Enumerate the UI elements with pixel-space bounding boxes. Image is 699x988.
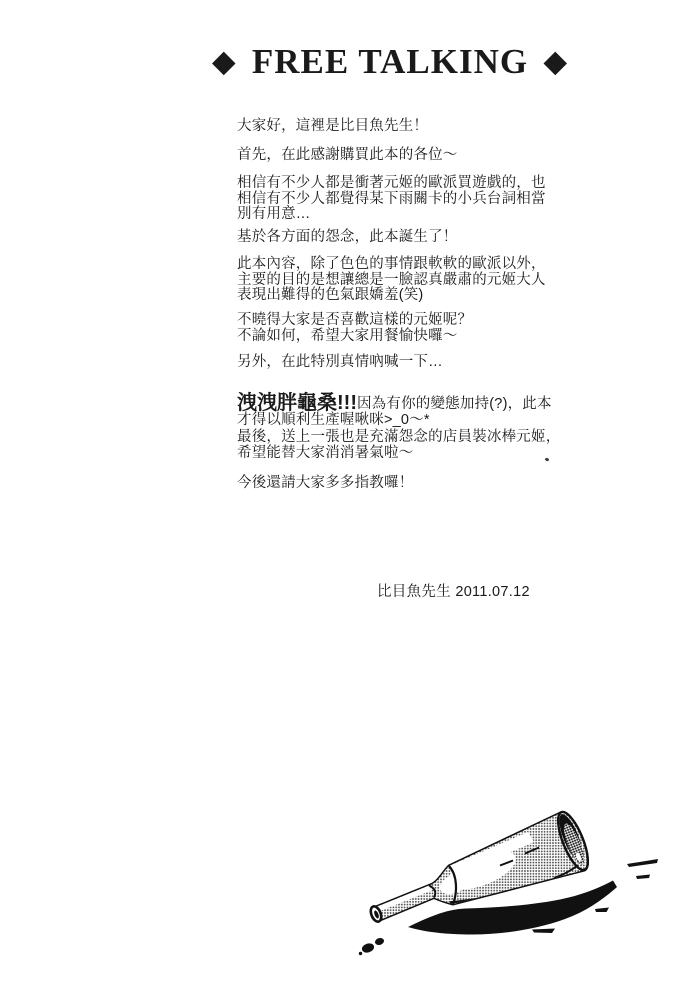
paragraph-bonus-art: 最後，送上一張也是充滿怨念的店員裝冰棒元姬， 希望能替大家消消暑氣啦～ [237, 430, 572, 461]
paragraph-hope-enjoy: 不曉得大家是否喜歡這樣的元姬呢？ 不論如何，希望大家用餐愉快囉～ [237, 313, 572, 344]
page-title: ◆ FREE TALKING ◆ [180, 42, 600, 82]
paragraph-game-talk: 相信有不少人都是衝著元姬的歐派買遊戲的，也 相信有不少人都覺得某下雨關卡的小兵台… [237, 176, 572, 223]
spill-droplets [359, 937, 385, 955]
paragraph-book-content: 此本內容，除了色色的事情跟軟軟的歐派以外， 主要的目的是想讓總是一臉認真嚴肅的元… [237, 257, 572, 304]
paragraph-shout-intro: 另外，在此特別真情吶喊一下… [237, 355, 572, 371]
shadow-dash [636, 875, 650, 880]
shoutout-bold-text: 洩洩胖龜桑!!! [237, 392, 357, 414]
paragraph-shoutout: 洩洩胖龜桑!!!因為有你的變態加持(?)，此本 才得以順利生產喔啾咪>_0～* [237, 379, 572, 429]
paragraph-farewell: 今後還請大家多多指教囉！ [237, 476, 572, 492]
shadow-dash [532, 929, 555, 934]
wine-bottle-illustration [350, 780, 699, 988]
paragraph-greeting: 大家好，這裡是比目魚先生！ [237, 119, 572, 135]
diamond-icon: ◆ [213, 48, 236, 77]
diamond-icon: ◆ [544, 48, 567, 77]
shadow-dash [595, 908, 609, 913]
shadow-dash [627, 859, 658, 867]
author-signature: 比目魚先生 2011.07.12 [377, 580, 530, 601]
paragraph-book-born: 基於各方面的怨念，此本誕生了！ [237, 230, 572, 246]
free-talking-page: ◆ FREE TALKING ◆ 大家好，這裡是比目魚先生！ 首先，在此感謝購買… [0, 0, 699, 988]
paragraph-thanks: 首先，在此感謝購買此本的各位～ [237, 148, 572, 164]
page-title-text: FREE TALKING [252, 42, 528, 82]
